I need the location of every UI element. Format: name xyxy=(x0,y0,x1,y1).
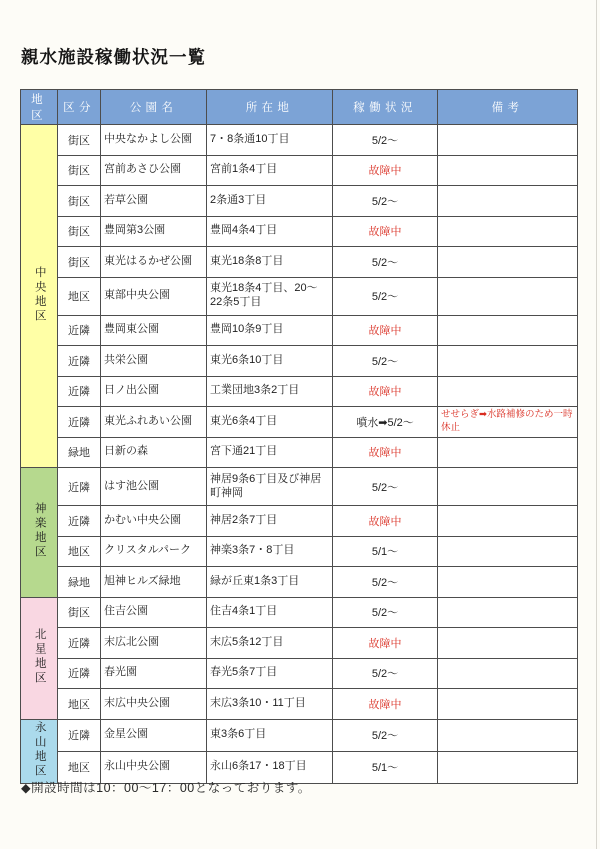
park-name-cell: 東光ふれあい公園 xyxy=(101,407,207,438)
park-name-cell: クリスタルパーク xyxy=(101,536,207,567)
park-name-cell: 東部中央公園 xyxy=(101,277,207,315)
location-cell: 神居2条7丁目 xyxy=(207,506,333,537)
table-row: 神楽地区 近隣 はす池公園 神居9条6丁目及び神居町神岡 5/2～ xyxy=(21,468,578,506)
park-name-cell: 春光園 xyxy=(101,658,207,689)
status-cell: 5/2～ xyxy=(333,719,438,751)
table-row: 中央地区 街区 中央なかよし公園 7・8条通10丁目 5/2～ xyxy=(21,125,578,156)
park-name-cell: 中央なかよし公園 xyxy=(101,125,207,156)
remarks-cell xyxy=(438,315,578,346)
remarks-cell xyxy=(438,277,578,315)
status-text: 5/2～ xyxy=(372,482,398,494)
location-cell: 春光5条7丁目 xyxy=(207,658,333,689)
category-cell: 街区 xyxy=(58,247,101,278)
location-cell: 東光18条4丁目、20～22条5丁目 xyxy=(207,277,333,315)
park-name-cell: 宮前あさひ公園 xyxy=(101,155,207,186)
category-cell: 街区 xyxy=(58,186,101,217)
status-text: 故障中 xyxy=(369,638,402,650)
location-cell: 東光18条8丁目 xyxy=(207,247,333,278)
remarks-cell xyxy=(438,346,578,377)
remarks-cell xyxy=(438,376,578,407)
remarks-cell xyxy=(438,155,578,186)
status-cell: 故障中 xyxy=(333,689,438,720)
category-cell: 街区 xyxy=(58,597,101,628)
status-cell: 5/2～ xyxy=(333,247,438,278)
remarks-cell: せせらぎ➡水路補修のため一時休止 xyxy=(438,407,578,438)
table-row: 近隣 日ノ出公園 工業団地3条2丁目 故障中 xyxy=(21,376,578,407)
status-cell: 故障中 xyxy=(333,437,438,468)
table-row: 街区 宮前あさひ公園 宮前1条4丁目 故障中 xyxy=(21,155,578,186)
park-name-cell: 豊岡第3公園 xyxy=(101,216,207,247)
table-row: 街区 豊岡第3公園 豊岡4条4丁目 故障中 xyxy=(21,216,578,247)
status-text: 5/2～ xyxy=(372,135,398,147)
status-cell: 故障中 xyxy=(333,216,438,247)
location-cell: 神楽3条7・8丁目 xyxy=(207,536,333,567)
page-title: 親水施設稼働状況一覧 xyxy=(21,44,206,69)
header-remarks: 備考 xyxy=(438,90,578,125)
status-cell: 5/2～ xyxy=(333,277,438,315)
park-name-cell: 日ノ出公園 xyxy=(101,376,207,407)
remarks-cell xyxy=(438,719,578,751)
district-cell-kagura: 神楽地区 xyxy=(21,468,58,598)
status-text: 故障中 xyxy=(369,447,402,459)
table-row: 近隣 共栄公園 東光6条10丁目 5/2～ xyxy=(21,346,578,377)
status-cell: 故障中 xyxy=(333,628,438,659)
header-location: 所在地 xyxy=(207,90,333,125)
category-cell: 街区 xyxy=(58,155,101,186)
status-text: 5/2～ xyxy=(372,356,398,368)
status-cell: 故障中 xyxy=(333,506,438,537)
park-name-cell: 若草公園 xyxy=(101,186,207,217)
table-row: 永山地区 近隣 金星公園 東3条6丁目 5/2～ xyxy=(21,719,578,751)
table-row: 緑地 日新の森 宮下通21丁目 故障中 xyxy=(21,437,578,468)
category-cell: 地区 xyxy=(58,689,101,720)
opening-hours-note: ◆開設時間は10：00～17：00となっております。 xyxy=(21,778,311,796)
status-text: 5/2～ xyxy=(372,257,398,269)
park-name-cell: 日新の森 xyxy=(101,437,207,468)
remarks-cell xyxy=(438,247,578,278)
park-name-cell: 末広中央公園 xyxy=(101,689,207,720)
status-text: 故障中 xyxy=(369,165,402,177)
location-cell: 東3条6丁目 xyxy=(207,719,333,751)
status-text: 故障中 xyxy=(369,516,402,528)
remarks-cell xyxy=(438,506,578,537)
status-cell: 5/2～ xyxy=(333,125,438,156)
status-cell: 5/1～ xyxy=(333,751,438,783)
category-cell: 近隣 xyxy=(58,506,101,537)
category-cell: 近隣 xyxy=(58,658,101,689)
park-name-cell: かむい中央公園 xyxy=(101,506,207,537)
remarks-cell xyxy=(438,567,578,598)
district-label: 中央地区 xyxy=(33,266,45,324)
table-row: 地区 東部中央公園 東光18条4丁目、20～22条5丁目 5/2～ xyxy=(21,277,578,315)
status-text: 5/2～ xyxy=(372,196,398,208)
table-row: 地区 クリスタルパーク 神楽3条7・8丁目 5/1～ xyxy=(21,536,578,567)
district-label: 神楽地区 xyxy=(33,502,45,560)
district-cell-nagayama: 永山地区 xyxy=(21,719,58,783)
category-cell: 近隣 xyxy=(58,407,101,438)
remarks-cell xyxy=(438,751,578,783)
park-name-cell: 住吉公園 xyxy=(101,597,207,628)
remarks-cell xyxy=(438,628,578,659)
park-name-cell: 末広北公園 xyxy=(101,628,207,659)
scan-page-edge xyxy=(596,0,597,849)
status-text: 5/2～ xyxy=(372,577,398,589)
location-cell: 東光6条10丁目 xyxy=(207,346,333,377)
location-cell: 7・8条通10丁目 xyxy=(207,125,333,156)
status-text: 故障中 xyxy=(369,699,402,711)
status-cell: 5/2～ xyxy=(333,597,438,628)
category-cell: 街区 xyxy=(58,216,101,247)
remarks-cell xyxy=(438,658,578,689)
park-name-cell: はす池公園 xyxy=(101,468,207,506)
status-cell: 故障中 xyxy=(333,315,438,346)
category-cell: 近隣 xyxy=(58,315,101,346)
location-cell: 末広3条10・11丁目 xyxy=(207,689,333,720)
status-text: 5/2～ xyxy=(372,291,398,303)
park-name-cell: 共栄公園 xyxy=(101,346,207,377)
table-row: 近隣 かむい中央公園 神居2条7丁目 故障中 xyxy=(21,506,578,537)
status-text: 故障中 xyxy=(369,386,402,398)
district-cell-chuo: 中央地区 xyxy=(21,125,58,468)
status-text: 噴水➡5/2～ xyxy=(356,417,414,429)
header-district: 地区 xyxy=(21,90,58,125)
park-name-cell: 豊岡東公園 xyxy=(101,315,207,346)
remarks-cell xyxy=(438,536,578,567)
category-cell: 近隣 xyxy=(58,719,101,751)
park-name-cell: 金星公園 xyxy=(101,719,207,751)
status-cell: 故障中 xyxy=(333,376,438,407)
location-cell: 宮前1条4丁目 xyxy=(207,155,333,186)
header-category: 区分 xyxy=(58,90,101,125)
table-row: 近隣 東光ふれあい公園 東光6条4丁目 噴水➡5/2～ せせらぎ➡水路補修のため… xyxy=(21,407,578,438)
header-status: 稼働状況 xyxy=(333,90,438,125)
status-cell: 5/2～ xyxy=(333,468,438,506)
table-row: 街区 若草公園 2条通3丁目 5/2～ xyxy=(21,186,578,217)
status-text: 故障中 xyxy=(369,226,402,238)
table-row: 街区 東光はるかぜ公園 東光18条8丁目 5/2～ xyxy=(21,247,578,278)
location-cell: 2条通3丁目 xyxy=(207,186,333,217)
header-row: 地区 区分 公園名 所在地 稼働状況 備考 xyxy=(21,90,578,125)
location-cell: 工業団地3条2丁目 xyxy=(207,376,333,407)
status-cell: 5/2～ xyxy=(333,346,438,377)
table-row: 近隣 春光園 春光5条7丁目 5/2～ xyxy=(21,658,578,689)
category-cell: 街区 xyxy=(58,125,101,156)
status-text: 5/2～ xyxy=(372,668,398,680)
location-cell: 末広5条12丁目 xyxy=(207,628,333,659)
remarks-cell xyxy=(438,186,578,217)
status-text: 5/2～ xyxy=(372,730,398,742)
category-cell: 近隣 xyxy=(58,346,101,377)
remark-text: せせらぎ➡水路補修のため一時休止 xyxy=(441,409,574,434)
remarks-cell xyxy=(438,216,578,247)
location-cell: 緑が丘東1条3丁目 xyxy=(207,567,333,598)
remarks-cell xyxy=(438,689,578,720)
remarks-cell xyxy=(438,468,578,506)
table-row: 緑地 旭神ヒルズ緑地 緑が丘東1条3丁目 5/2～ xyxy=(21,567,578,598)
status-text: 5/2～ xyxy=(372,607,398,619)
location-cell: 東光6条4丁目 xyxy=(207,407,333,438)
remarks-cell xyxy=(438,597,578,628)
category-cell: 地区 xyxy=(58,277,101,315)
remarks-cell xyxy=(438,437,578,468)
district-label: 北星地区 xyxy=(33,628,45,686)
category-cell: 近隣 xyxy=(58,468,101,506)
remarks-cell xyxy=(438,125,578,156)
location-cell: 豊岡4条4丁目 xyxy=(207,216,333,247)
category-cell: 近隣 xyxy=(58,376,101,407)
status-cell: 5/2～ xyxy=(333,658,438,689)
park-name-cell: 東光はるかぜ公園 xyxy=(101,247,207,278)
district-label: 永山地区 xyxy=(33,721,45,779)
status-cell: 噴水➡5/2～ xyxy=(333,407,438,438)
table-row: 北星地区 街区 住吉公園 住吉4条1丁目 5/2～ xyxy=(21,597,578,628)
district-cell-hokusei: 北星地区 xyxy=(21,597,58,719)
category-cell: 近隣 xyxy=(58,628,101,659)
location-cell: 宮下通21丁目 xyxy=(207,437,333,468)
status-cell: 故障中 xyxy=(333,155,438,186)
status-cell: 5/2～ xyxy=(333,186,438,217)
status-text: 5/1～ xyxy=(372,546,398,558)
header-park: 公園名 xyxy=(101,90,207,125)
location-cell: 神居9条6丁目及び神居町神岡 xyxy=(207,468,333,506)
location-cell: 住吉4条1丁目 xyxy=(207,597,333,628)
status-cell: 5/1～ xyxy=(333,536,438,567)
park-name-cell: 旭神ヒルズ緑地 xyxy=(101,567,207,598)
table-row: 近隣 豊岡東公園 豊岡10条9丁目 故障中 xyxy=(21,315,578,346)
status-text: 5/1～ xyxy=(372,762,398,774)
facility-status-table: 地区 区分 公園名 所在地 稼働状況 備考 中央地区 街区 中央なかよし公園 7… xyxy=(20,89,578,784)
location-cell: 豊岡10条9丁目 xyxy=(207,315,333,346)
status-cell: 5/2～ xyxy=(333,567,438,598)
table-row: 近隣 末広北公園 末広5条12丁目 故障中 xyxy=(21,628,578,659)
table-row: 地区 末広中央公園 末広3条10・11丁目 故障中 xyxy=(21,689,578,720)
status-text: 故障中 xyxy=(369,325,402,337)
category-cell: 地区 xyxy=(58,536,101,567)
category-cell: 緑地 xyxy=(58,437,101,468)
category-cell: 緑地 xyxy=(58,567,101,598)
